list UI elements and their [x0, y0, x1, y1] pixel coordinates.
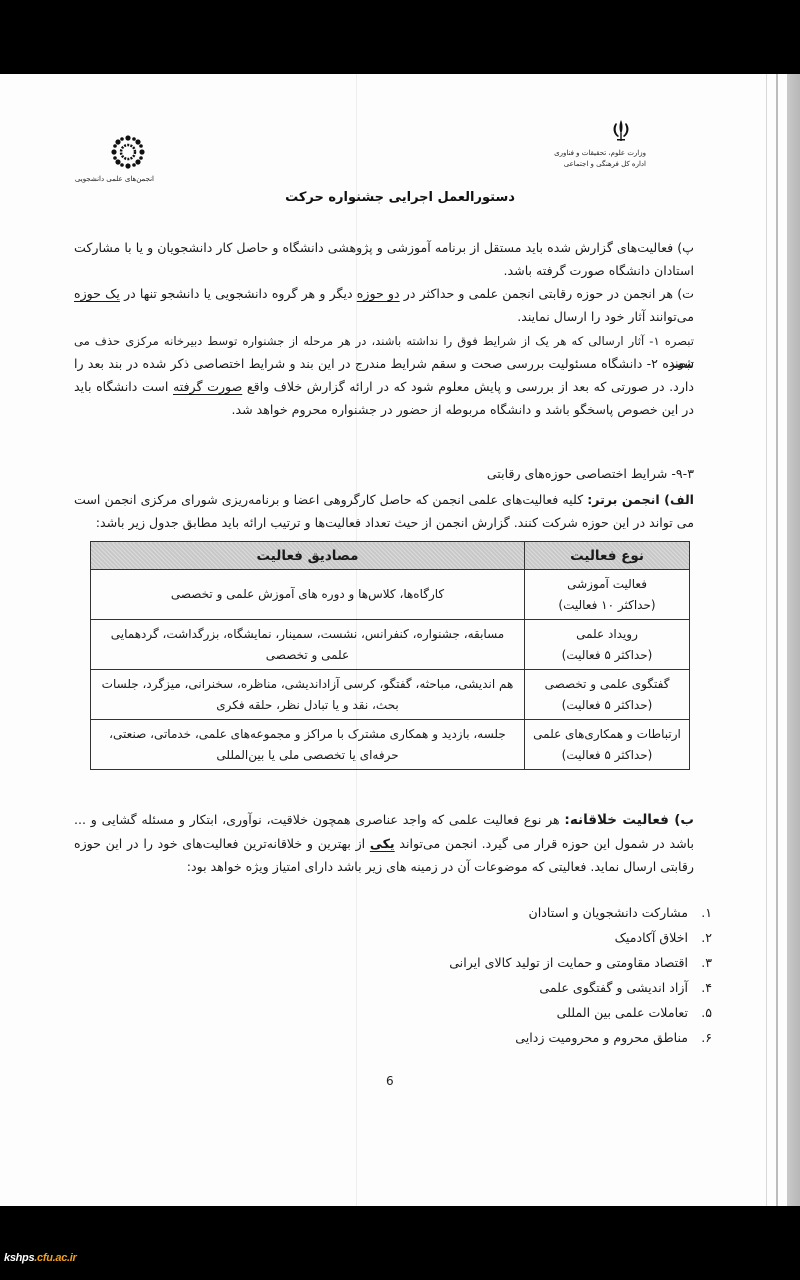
list-text: آزاد اندیشی و گفتگوی علمی [539, 975, 688, 1000]
section-alef-label: الف) انجمن برتر: [587, 492, 694, 507]
page-edge [776, 74, 778, 1206]
page-edge [766, 74, 767, 1206]
document-title: دستورالعمل اجرایی جشنواره حرکت [200, 190, 600, 205]
activity-limit: (حداکثر ۵ فعالیت) [533, 745, 681, 766]
student-associations-logo: انجمن‌های علمی دانشجویی [102, 134, 154, 185]
bottom-black-bar [0, 1206, 800, 1280]
creative-activity-paragraph: ب) فعالیت خلاقانه: هر نوع فعالیت علمی که… [74, 808, 694, 878]
note-2: تبصره ۲- دانشگاه مسئولیت بررسی صحت و سقم… [74, 352, 694, 421]
section-heading: ۹-۳- شرایط اختصاصی حوزه‌های رقابتی [74, 466, 694, 481]
list-number: ۲. [688, 925, 712, 950]
clause-t-text: دیگر و هر گروه دانشجویی یا دانشجو تنها د… [120, 286, 357, 301]
clause-t-text: ت) هر انجمن در حوزه رقابتی انجمن علمی و … [400, 286, 694, 301]
table-row: گفتگوی علمی و تخصصی(حداکثر ۵ فعالیت) هم … [91, 670, 690, 720]
activity-type-cell: ارتباطات و همکاری‌های علمی(حداکثر ۵ فعال… [525, 720, 690, 770]
clause-t-text: می‌توانند آثار خود را ارسال نمایند. [517, 309, 694, 324]
creative-activity-emphasis: یکی [370, 836, 395, 851]
activity-examples-cell: جلسه، بازدید و همکاری مشترک با مراکز و م… [91, 720, 525, 770]
clause-p: پ) فعالیت‌های گزارش شده باید مستقل از بر… [74, 236, 694, 282]
column-header-examples: مصادیق فعالیت [91, 542, 525, 570]
clause-t-underlined: دو حوزه [357, 286, 400, 301]
activity-type: ارتباطات و همکاری‌های علمی [533, 724, 681, 745]
list-item: ۶.مناطق محروم و محرومیت زدایی [300, 1025, 712, 1050]
list-number: ۴. [688, 975, 712, 1000]
document-page: وزارت علوم، تحقیقات و فناوری اداره کل فر… [0, 74, 800, 1206]
activity-type: رویداد علمی [533, 624, 681, 645]
list-item: ۲.اخلاق آکادمیک [300, 925, 712, 950]
page-number: 6 [386, 1074, 394, 1088]
activity-type: فعالیت آموزشی [533, 574, 681, 595]
list-text: تعاملات علمی بین المللی [557, 1000, 688, 1025]
page-edge-shadow [787, 74, 800, 1206]
activity-type-cell: فعالیت آموزشی(حداکثر ۱۰ فعالیت) [525, 570, 690, 620]
table-row: ارتباطات و همکاری‌های علمی(حداکثر ۵ فعال… [91, 720, 690, 770]
activity-type: گفتگوی علمی و تخصصی [533, 674, 681, 695]
ministry-logo: وزارت علوم، تحقیقات و فناوری اداره کل فر… [596, 118, 646, 170]
activities-table: نوع فعالیت مصادیق فعالیت فعالیت آموزشی(ح… [90, 541, 690, 770]
activity-type-cell: گفتگوی علمی و تخصصی(حداکثر ۵ فعالیت) [525, 670, 690, 720]
priority-topics-list: ۱.مشارکت دانشجویان و استادان ۲.اخلاق آکا… [300, 900, 712, 1050]
clause-t-underlined: یک حوزه [74, 286, 120, 301]
association-name: انجمن‌های علمی دانشجویی [102, 174, 154, 185]
list-item: ۵.تعاملات علمی بین المللی [300, 1000, 712, 1025]
list-number: ۱. [688, 900, 712, 925]
list-text: مشارکت دانشجویان و استادان [529, 900, 688, 925]
list-text: اخلاق آکادمیک [615, 925, 688, 950]
list-item: ۳.اقتصاد مقاومتی و حمایت از تولید کالای … [300, 950, 712, 975]
list-text: اقتصاد مقاومتی و حمایت از تولید کالای ای… [449, 950, 688, 975]
activity-examples-cell: مسابقه، جشنواره، کنفرانس، نشست، سمینار، … [91, 620, 525, 670]
activity-examples-cell: هم اندیشی، مباحثه، گفتگو، کرسی آزاداندیش… [91, 670, 525, 720]
top-black-bar [0, 0, 800, 74]
activity-limit: (حداکثر ۱۰ فعالیت) [533, 595, 681, 616]
creative-activity-label: ب) فعالیت خلاقانه: [564, 812, 694, 828]
site-watermark: kshps.cfu.ac.ir [4, 1252, 77, 1264]
table-header-row: نوع فعالیت مصادیق فعالیت [91, 542, 690, 570]
list-number: ۵. [688, 1000, 712, 1025]
section-alef: الف) انجمن برتر: کلیه فعالیت‌های علمی ان… [74, 488, 694, 534]
watermark-domain: .cfu.ac.ir [34, 1252, 76, 1264]
ministry-name: وزارت علوم، تحقیقات و فناوری [596, 148, 646, 159]
list-item: ۴.آزاد اندیشی و گفتگوی علمی [300, 975, 712, 1000]
note-2-underlined: صورت گرفته [173, 379, 242, 394]
list-number: ۳. [688, 950, 712, 975]
list-number: ۶. [688, 1025, 712, 1050]
column-header-type: نوع فعالیت [525, 542, 690, 570]
list-item: ۱.مشارکت دانشجویان و استادان [300, 900, 712, 925]
activity-type-cell: رویداد علمی(حداکثر ۵ فعالیت) [525, 620, 690, 670]
table-row: فعالیت آموزشی(حداکثر ۱۰ فعالیت) کارگاه‌ه… [91, 570, 690, 620]
activity-limit: (حداکثر ۵ فعالیت) [533, 645, 681, 666]
iran-emblem-icon [610, 118, 632, 144]
table-row: رویداد علمی(حداکثر ۵ فعالیت) مسابقه، جشن… [91, 620, 690, 670]
activity-limit: (حداکثر ۵ فعالیت) [533, 695, 681, 716]
watermark-part: kshps [4, 1252, 34, 1264]
activity-examples-cell: کارگاه‌ها، کلاس‌ها و دوره های آموزش علمی… [91, 570, 525, 620]
department-name: اداره کل فرهنگی و اجتماعی [596, 159, 646, 170]
flower-emblem-icon [110, 134, 146, 170]
list-text: مناطق محروم و محرومیت زدایی [515, 1025, 688, 1050]
clause-t: ت) هر انجمن در حوزه رقابتی انجمن علمی و … [74, 282, 694, 328]
